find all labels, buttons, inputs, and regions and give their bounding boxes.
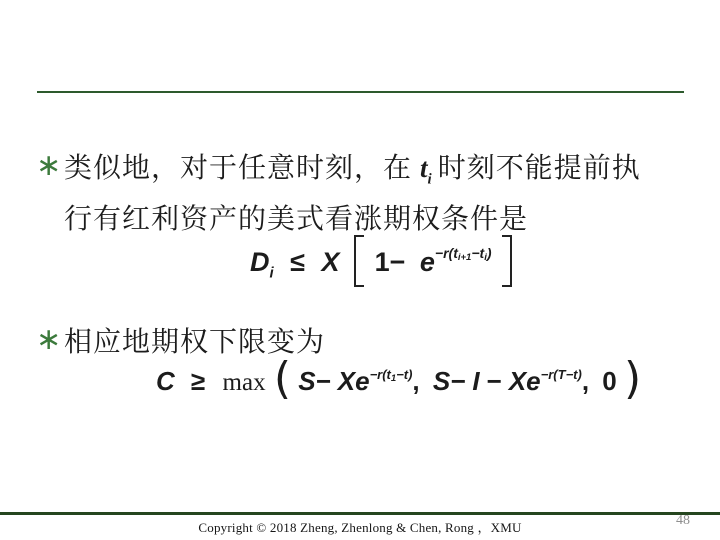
term1-exponent: −r(t1−t) [370, 367, 413, 382]
exponent-pre: −r(t [435, 245, 458, 261]
max-operator: max [223, 369, 266, 396]
exponent-post: ) [487, 245, 492, 261]
formula2-lhs: C [156, 366, 175, 396]
term1-xe: Xe [338, 366, 370, 396]
formula1-factor: X [322, 247, 340, 277]
right-paren: ) [624, 357, 641, 401]
copyright-text: Copyright © 2018 Zheng, Zhenlong & Chen,… [0, 517, 720, 536]
term1-s-minus: S− [298, 366, 331, 396]
formula1-exponent: −r(ti+1−ti) [435, 245, 492, 261]
term2-i: I [472, 366, 479, 396]
bullet-item-1: ∗ 类似地，对于任意时刻，在ti时刻不能提前执 行有红利资产的美式看涨期权条件是 [36, 148, 708, 238]
footer-divider-line [0, 512, 720, 515]
page-number: 48 [676, 513, 690, 529]
bullet-1-line-1: 类似地，对于任意时刻，在ti时刻不能提前执 [64, 148, 641, 199]
inline-math-t-sub-i: ti [420, 153, 432, 183]
term2-minus: − [487, 366, 502, 396]
formula1-lhs: D [250, 247, 270, 277]
formula1-exp-base: e [420, 247, 435, 277]
separator-comma: , [412, 366, 419, 396]
exponent-mid: −t [471, 245, 484, 261]
math-sub-i: i [428, 171, 432, 187]
bullet-1-line-1-post: 时刻不能提前执 [438, 152, 641, 183]
term2-exponent: −r(T−t) [541, 367, 582, 382]
term2-s-minus: S− [433, 366, 466, 396]
less-equal-sign: ≤ [290, 247, 305, 277]
exponent-sub-i-plus-1: i+1 [458, 252, 471, 263]
formula1-lhs-subscript: i [270, 264, 274, 281]
bullet-1-line-1-pre: 类似地，对于任意时刻，在 [64, 152, 412, 183]
zero-term: 0 [602, 366, 616, 396]
formula-no-early-exercise: Di ≤ X 1− e−r(ti+1−ti) [250, 234, 512, 290]
term1-exp-sub-1: 1 [391, 373, 396, 384]
exponent-sub-i: i [484, 252, 487, 263]
formula1-inner-pre: 1− [375, 247, 406, 277]
term1-exp-pre: −r(t [370, 367, 391, 382]
bullet-1-line-2: 行有红利资产的美式看涨期权条件是 [64, 199, 641, 238]
greater-equal-sign: ≥ [191, 366, 205, 396]
header-divider-line [37, 91, 684, 93]
bullet-marker-icon: ∗ [36, 322, 64, 358]
separator-comma: , [582, 366, 589, 396]
bullet-marker-icon: ∗ [36, 148, 64, 184]
formula-option-lower-bound: C ≥ max ( S−Xe−r(t1−t), S−I−Xe−r(T−t), 0… [156, 356, 641, 406]
right-square-bracket [502, 235, 512, 287]
bullet-1-text: 类似地，对于任意时刻，在ti时刻不能提前执 行有红利资产的美式看涨期权条件是 [64, 148, 641, 238]
math-var-t: t [420, 153, 428, 183]
presentation-slide: ∗ 类似地，对于任意时刻，在ti时刻不能提前执 行有红利资产的美式看涨期权条件是… [0, 0, 720, 540]
term2-xe: Xe [509, 366, 541, 396]
left-paren: ( [274, 357, 291, 401]
left-square-bracket [354, 235, 364, 287]
term1-exp-post: −t) [396, 367, 412, 382]
